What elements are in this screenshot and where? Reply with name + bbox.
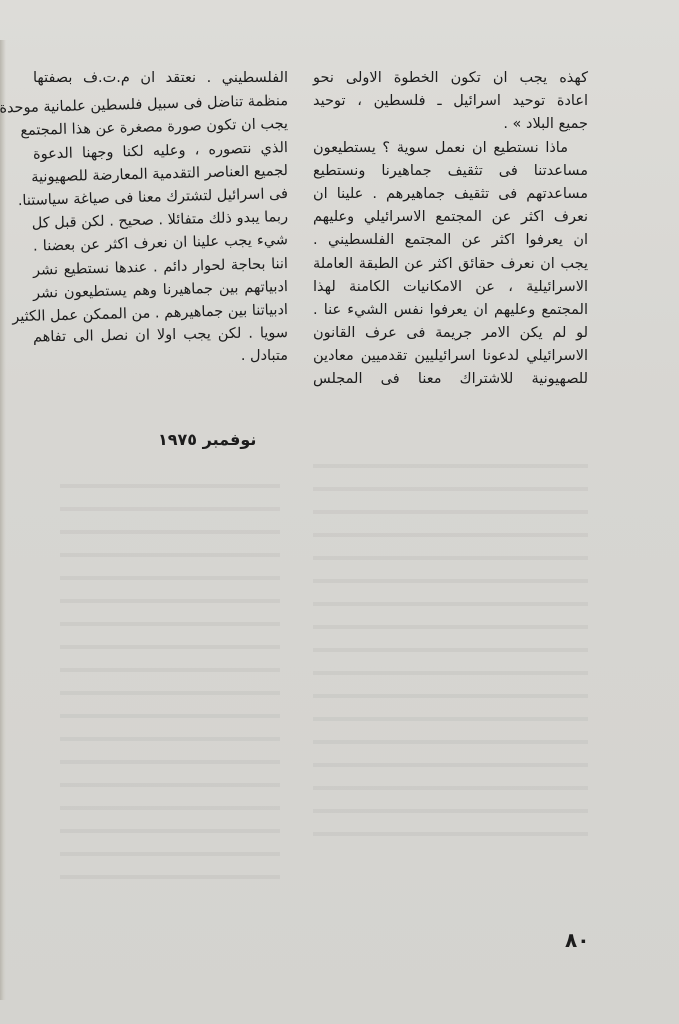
book-page: كهذه يجب ان تكون الخطوة الاولى نحو اعادة… — [0, 0, 679, 1024]
show-through-text-left — [60, 470, 280, 890]
page-edge-shadow — [0, 40, 6, 1000]
text-line: ماذا نستطيع ان نعمل سوية ؟ يستطيعون — [313, 137, 588, 160]
show-through-text-right — [313, 450, 588, 850]
text-line: المجتمع وعليهم ان يعرفوا نفس الشيء عنا . — [313, 299, 588, 322]
left-text-column: الفلسطيني . نعتقد ان م.ت.ف بصفتها منظمة … — [33, 67, 288, 368]
right-text-column: كهذه يجب ان تكون الخطوة الاولى نحو اعادة… — [313, 67, 588, 392]
text-line: مساعدتهم فى تثقيف جماهيرهم . علينا ان — [313, 183, 588, 206]
text-line: نعرف اكثر عن المجتمع الاسرائيلي وعليهم — [313, 206, 588, 229]
text-line: الفلسطيني . نعتقد ان م.ت.ف بصفتها — [33, 67, 288, 90]
text-line: يجب ان نعرف حقائق اكثر عن الطبقة العاملة — [313, 253, 588, 276]
text-line: الاسرائيلي لدعونا اسرائيليين تقدميين معا… — [313, 345, 588, 368]
page-number: ٨٠ — [565, 928, 589, 952]
text-line: للصهيونية للاشتراك معنا فى المجلس — [313, 368, 588, 391]
text-line: جميع البلاد » . — [313, 113, 588, 136]
text-line: كهذه يجب ان تكون الخطوة الاولى نحو — [313, 67, 588, 90]
text-line: ان يعرفوا اكثر عن المجتمع الفلسطيني . — [313, 229, 588, 252]
text-line: سويا . لكن يجب اولا ان نصل الى تفاهم — [33, 322, 288, 350]
article-date: نوفمبر ١٩٧٥ — [158, 430, 256, 449]
text-line: لو لم يكن الامر جريمة فى عرف القانون — [313, 322, 588, 345]
text-line: مساعدتنا فى تثقيف جماهيرنا ونستطيع — [313, 160, 588, 183]
text-line: اعادة توحيد اسرائيل ـ فلسطين ، توحيد — [313, 90, 588, 113]
text-line: الاسرائيلية ، عن الامكانيات الكامنة لهذا — [313, 276, 588, 299]
